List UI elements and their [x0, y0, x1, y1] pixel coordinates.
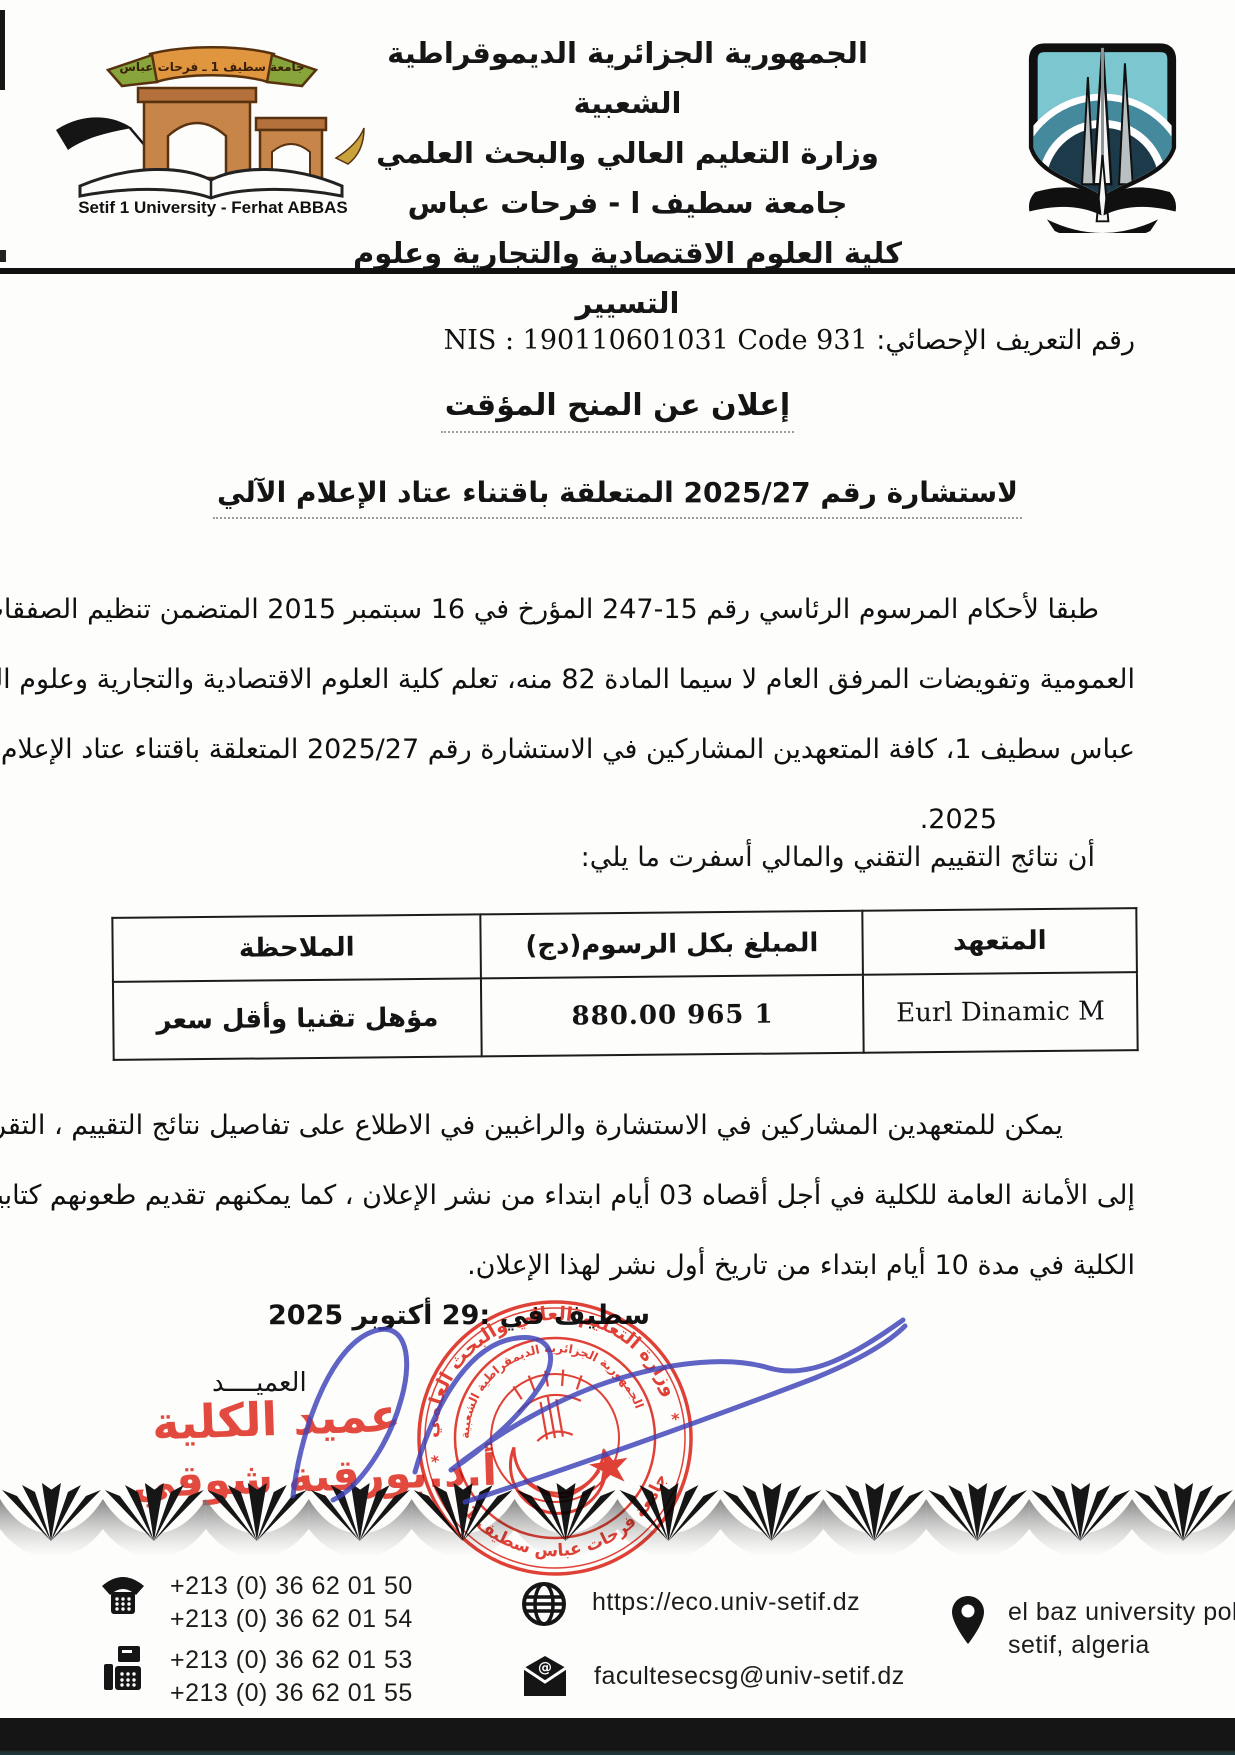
col-header-note: الملاحظة — [112, 914, 481, 982]
paragraph-line: يمكن للمتعهدين المشاركين في الاستشارة وا… — [98, 1094, 1135, 1164]
nis-value: NIS : 190110601031 Code 931 — [444, 325, 868, 356]
location-pin-icon — [950, 1594, 986, 1646]
fax-icon — [98, 1644, 148, 1694]
address-line-1: el baz university pole, — [1008, 1596, 1235, 1629]
address-line-2: setif, algeria — [1008, 1629, 1235, 1662]
university-logo: جامعة سطيف 1 ـ فرحات عباس — [52, 40, 370, 200]
letterhead-university: جامعة سطيف ا - فرحات عباس — [330, 178, 925, 228]
cell-contractor: Eurl Dinamic M — [863, 972, 1137, 1053]
quill-icon — [56, 117, 132, 150]
svg-text:@: @ — [538, 1660, 552, 1676]
cell-amount: 1 965 880.00 — [481, 975, 864, 1057]
header-divider-rule — [0, 268, 1235, 274]
letterhead-republic: الجمهورية الجزائرية الديموقراطية الشعبية — [330, 28, 925, 128]
paragraph-line: العمومية وتفويضات المرفق العام لا سيما ا… — [98, 648, 1135, 718]
phone-number-2: +213 (0) 36 62 01 54 — [170, 1603, 413, 1636]
phone-number-1: +213 (0) 36 62 01 50 — [170, 1570, 413, 1603]
email-contact: @ facultesecsg@univ-setif.dz — [520, 1654, 905, 1700]
body-paragraph-1: طبقا لأحكام المرسوم الرئاسي رقم 15-247 ا… — [98, 578, 1135, 858]
email-address: facultesecsg@univ-setif.dz — [594, 1660, 905, 1693]
col-header-amount: المبلغ بكل الرسوم(دج) — [480, 911, 863, 979]
results-intro-line: أن نتائج التقييم التقني والمالي أسفرت ما… — [581, 836, 1095, 880]
cell-note: مؤهل تقنيا وأقل سعر — [113, 978, 482, 1060]
scan-artifact — [0, 10, 5, 90]
letterhead-faculty: كلية العلوم الاقتصادية والتجارية وعلوم ا… — [330, 228, 925, 328]
document-letterhead: الجمهورية الجزائرية الديموقراطية الشعبية… — [330, 28, 925, 328]
faculty-shield-logo — [1015, 38, 1190, 233]
scanned-document-page: جامعة سطيف 1 ـ فرحات عباس Setif 1 Univer… — [0, 0, 1235, 1755]
table-row: Eurl Dinamic M 1 965 880.00 مؤهل تقنيا و… — [113, 972, 1138, 1060]
results-table: المتعهد المبلغ بكل الرسوم(دج) الملاحظة E… — [111, 907, 1138, 1061]
bottom-black-bar — [0, 1718, 1235, 1755]
body-paragraph-2: يمكن للمتعهدين المشاركين في الاستشارة وا… — [98, 1094, 1135, 1304]
university-logo-caption: Setif 1 University - Ferhat ABBAS — [58, 198, 368, 218]
fax-contact: +213 (0) 36 62 01 53 +213 (0) 36 62 01 5… — [98, 1644, 413, 1710]
logo-banner-text: جامعة سطيف 1 ـ فرحات عباس — [119, 60, 304, 74]
nis-label: رقم التعريف الإحصائي: — [876, 325, 1135, 356]
fax-number-2: +213 (0) 36 62 01 55 — [170, 1677, 413, 1710]
nis-line: رقم التعريف الإحصائي: NIS : 190110601031… — [444, 325, 1135, 356]
document-title: إعلان عن المنح المؤقت — [0, 388, 1235, 423]
document-subtitle: لاستشارة رقم 2025/27 المتعلقة باقتناء عت… — [0, 476, 1235, 509]
letterhead-ministry: وزارة التعليم العالي والبحث العلمي — [330, 128, 925, 178]
phone-icon — [98, 1570, 148, 1618]
fax-number-1: +213 (0) 36 62 01 53 — [170, 1644, 413, 1677]
scan-artifact — [0, 250, 6, 262]
handwritten-signature — [255, 1290, 935, 1530]
col-header-contractor: المتعهد — [863, 908, 1137, 975]
address-contact: el baz university pole, setif, algeria — [950, 1594, 1235, 1662]
website-url: https://eco.univ-setif.dz — [592, 1586, 860, 1619]
paragraph-line: عباس سطيف 1، كافة المتعهدين المشاركين في… — [98, 718, 1135, 788]
paragraph-line: إلى الأمانة العامة للكلية في أجل أقصاه 0… — [98, 1164, 1135, 1234]
paragraph-line: طبقا لأحكام المرسوم الرئاسي رقم 15-247 ا… — [98, 578, 1135, 648]
table-header-row: المتعهد المبلغ بكل الرسوم(دج) الملاحظة — [112, 908, 1137, 982]
email-icon: @ — [520, 1654, 570, 1700]
phone-contact: +213 (0) 36 62 01 50 +213 (0) 36 62 01 5… — [98, 1570, 413, 1636]
